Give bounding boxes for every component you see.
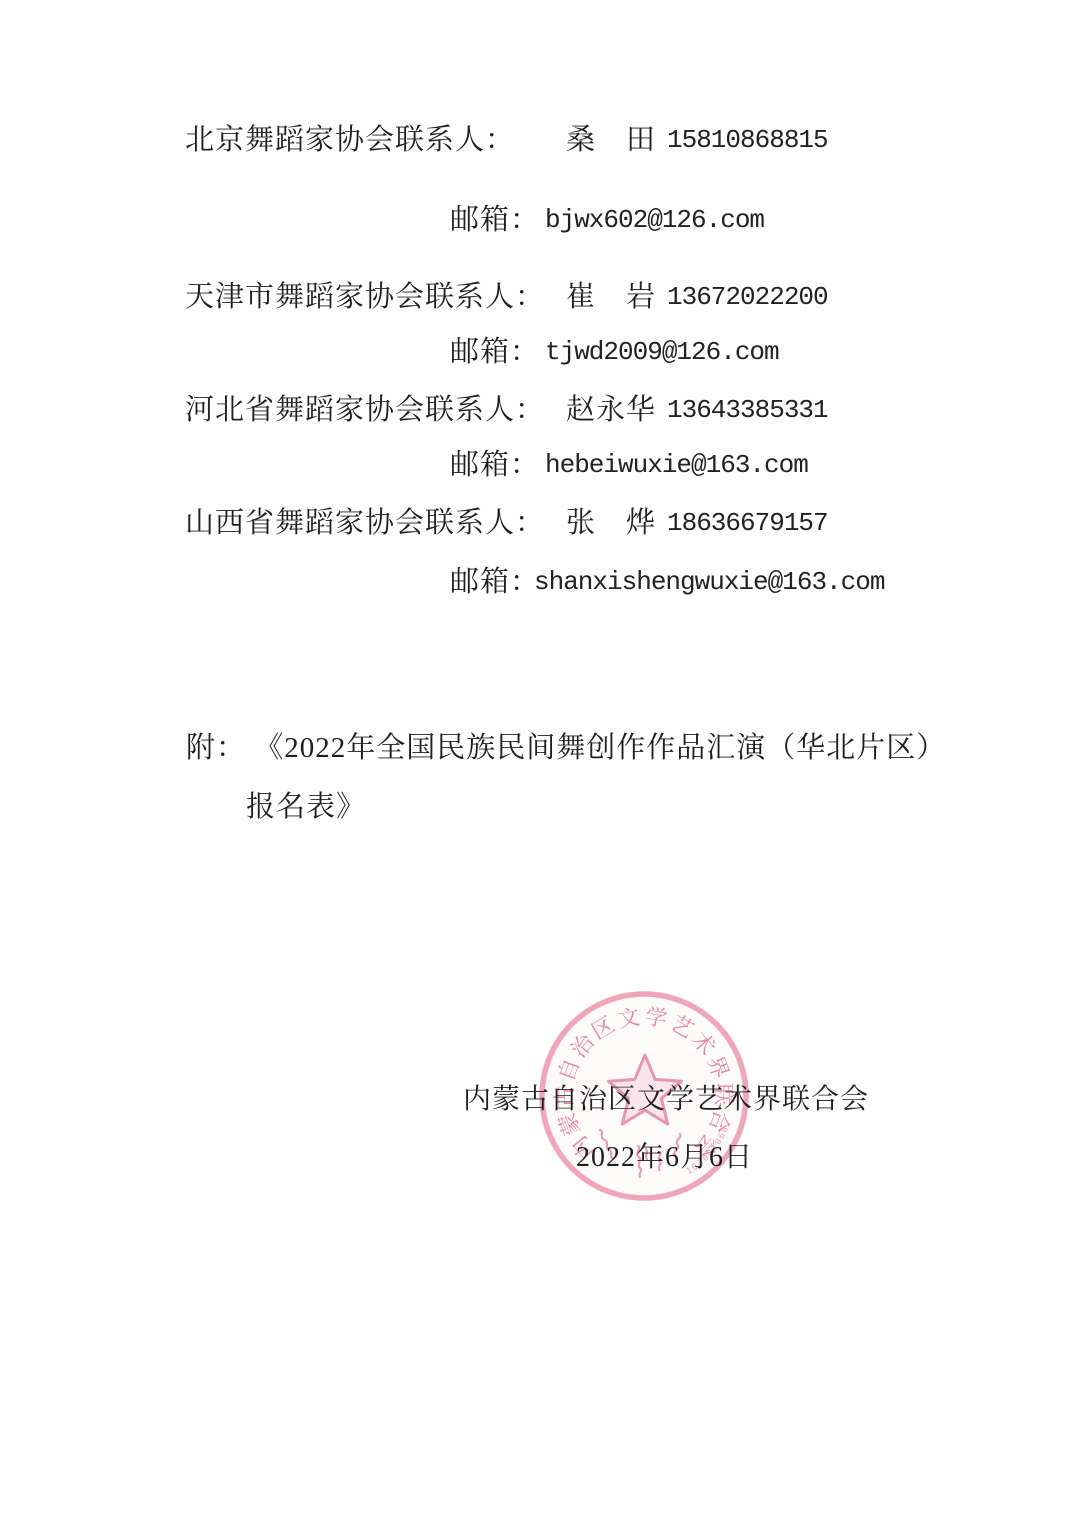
contact-phone: 13672022200 [667, 284, 828, 310]
attachment-title-line2: 报名表》 [246, 791, 366, 823]
email-line-shanxi: 邮箱： shanxishengwuxie@163.com [450, 568, 540, 597]
contact-label: 河北省舞蹈家协会联系人： [185, 396, 545, 425]
contact-label: 天津市舞蹈家协会联系人： [185, 283, 545, 312]
email-label: 邮箱： [450, 336, 540, 368]
signature-organization: 内蒙古自治区文学艺术界联合会 [463, 1086, 869, 1114]
document-page: 北京舞蹈家协会联系人： 桑 田 15810868815 邮箱： bjwx602@… [0, 0, 1080, 1526]
contact-line-tianjin: 天津市舞蹈家协会联系人： 崔 岩 13672022200 [185, 283, 545, 312]
email-label: 邮箱： [450, 204, 540, 236]
contact-line-hebei: 河北省舞蹈家协会联系人： 赵永华 13643385331 [185, 396, 545, 425]
contact-name: 张 烨 [566, 509, 656, 538]
attachment-title-line1: 《2022年全国民族民间舞创作作品汇演（华北片区） [254, 732, 946, 764]
email-value: shanxishengwuxie@163.com [534, 569, 884, 595]
email-line-hebei: 邮箱： hebeiwuxie@163.com [450, 451, 540, 480]
attachment-line-1: 附： 《2022年全国民族民间舞创作作品汇演（华北片区） [186, 734, 946, 763]
attachment-label: 附： [186, 732, 246, 764]
email-label: 邮箱： [450, 449, 540, 481]
contact-name: 桑 田 [566, 126, 656, 155]
email-line-beijing: 邮箱： bjwx602@126.com [450, 206, 540, 235]
contact-label: 北京舞蹈家协会联系人： [185, 126, 515, 155]
contact-name: 赵永华 [566, 396, 656, 425]
email-value: hebeiwuxie@163.com [545, 452, 808, 478]
email-value: bjwx602@126.com [545, 207, 764, 233]
email-label: 邮箱： [450, 566, 540, 598]
signature-date: 2022年6月6日 [576, 1144, 753, 1172]
contact-phone: 15810868815 [667, 127, 828, 153]
contact-line-shanxi: 山西省舞蹈家协会联系人： 张 烨 18636679157 [185, 509, 545, 538]
contact-line-beijing: 北京舞蹈家协会联系人： 桑 田 15810868815 [185, 126, 515, 155]
contact-label: 山西省舞蹈家协会联系人： [185, 509, 545, 538]
email-value: tjwd2009@126.com [545, 339, 779, 365]
contact-name: 崔 岩 [566, 283, 656, 312]
attachment-line-2: 报名表》 [246, 793, 366, 822]
contact-phone: 13643385331 [667, 397, 828, 423]
contact-phone: 18636679157 [667, 510, 828, 536]
email-line-tianjin: 邮箱： tjwd2009@126.com [450, 338, 540, 367]
